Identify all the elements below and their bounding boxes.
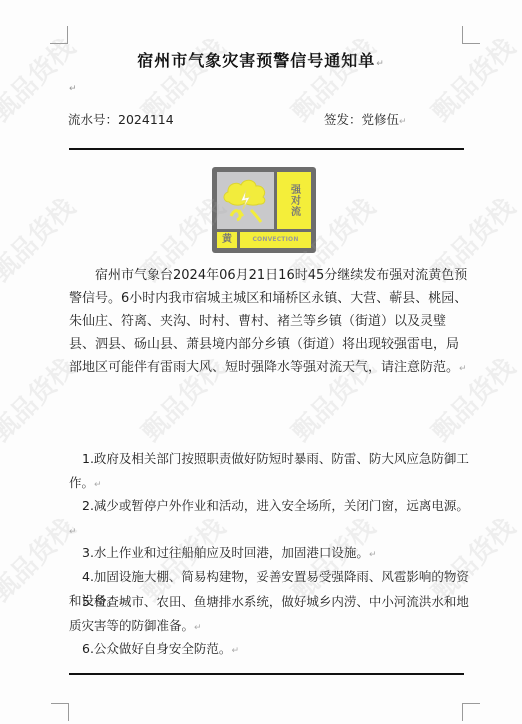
paragraph-mark-icon: ↵ [194, 623, 202, 633]
corner-mark-bottom-right [462, 703, 480, 721]
list-item-text: 6.公众做好自身安全防范。 [82, 641, 231, 656]
title-text: 宿州市气象灾害预警信号通知单 [137, 51, 375, 70]
list-item-text: 5.检查城市、农田、鱼塘排水系统，做好城乡内涝、中小河流洪水和地质灾害等的防御准… [69, 594, 469, 633]
main-paragraph: 宿州市气象台2024年06月21日16时45分继续发布强对流黄色预警信号。6小时… [69, 264, 469, 381]
main-paragraph-text: 宿州市气象台2024年06月21日16时45分继续发布强对流黄色预警信号。6小时… [69, 268, 467, 375]
thunderstorm-cloud-icon [217, 172, 274, 229]
corner-mark-bottom-left [51, 703, 69, 721]
list-item: 1.政府及相关部门按照职责做好防短时暴雨、防雷、防大风应急防御工作。↵ [69, 447, 469, 497]
serial-label: 流水号： [68, 112, 118, 127]
paragraph-mark-icon: ↵ [231, 646, 239, 656]
signer: 签发：党修伍↵ [324, 110, 407, 128]
divider-bottom [69, 673, 464, 675]
divider-top [69, 148, 464, 150]
document-title: 宿州市气象灾害预警信号通知单↵ [0, 48, 522, 71]
warning-level-label: 黄 [217, 232, 237, 248]
warning-type-label: 强对流 [277, 172, 311, 229]
signer-value: 党修伍 [362, 112, 400, 127]
list-item-text: 3.水上作业和过往船舶应及时回港，加固港口设施。 [82, 545, 369, 560]
list-item: 5.检查城市、农田、鱼塘排水系统，做好城乡内涝、中小河流洪水和地质灾害等的防御准… [69, 590, 469, 640]
list-item-text: 1.政府及相关部门按照职责做好防短时暴雨、防雷、防大风应急防御工作。 [69, 451, 469, 490]
serial-number: 流水号：2024114 [68, 110, 174, 128]
warning-english-label: CONVECTION [240, 232, 311, 248]
serial-value: 2024114 [118, 112, 174, 127]
list-item-text: 2.减少或暂停户外作业和活动，进入安全场所，关闭门窗，远离电源。 [82, 498, 469, 513]
paragraph-mark-icon: ↵ [69, 527, 77, 537]
yellow-convection-warning-icon: 强对流 黄 CONVECTION [212, 167, 316, 253]
list-item: 3.水上作业和过往船舶应及时回港，加固港口设施。↵ [69, 541, 469, 568]
list-item: 6.公众做好自身安全防范。↵ [69, 637, 469, 664]
paragraph-mark-icon: ↵ [69, 84, 77, 94]
paragraph-mark-icon: ↵ [369, 550, 377, 560]
corner-mark-top-left [50, 26, 68, 44]
paragraph-mark-icon: ↵ [399, 117, 407, 127]
corner-mark-top-right [462, 26, 480, 44]
paragraph-mark-icon: ↵ [459, 364, 467, 374]
signer-label: 签发： [324, 112, 362, 127]
paragraph-mark-icon: ↵ [376, 59, 385, 69]
list-item: 2.减少或暂停户外作业和活动，进入安全场所，关闭门窗，远离电源。↵ [69, 494, 469, 544]
document-page: 宿州市气象灾害预警信号通知单↵ ↵ 流水号：2024114 签发：党修伍↵ 强对… [0, 0, 522, 724]
paragraph-mark-icon: ↵ [94, 480, 102, 490]
